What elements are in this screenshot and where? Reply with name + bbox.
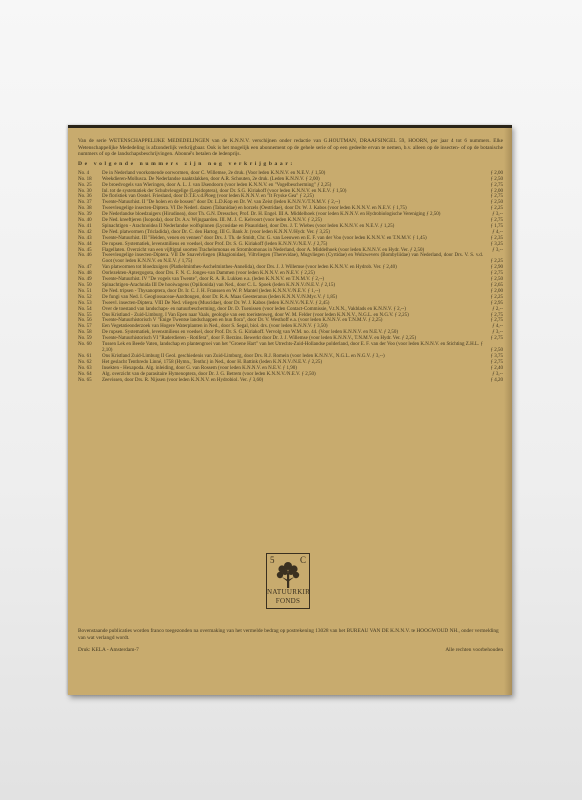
publication-list: No. 4De in Nederland voorkomende oorworm… (78, 171, 503, 384)
tree-icon (275, 560, 301, 588)
printer-credit: Druk: KELA - Amsterdam-7 (78, 647, 139, 654)
cover-text-block: Van de serie WETENSCHAPPELIJKE MEDEDELIN… (78, 138, 503, 383)
intro-paragraph: Van de serie WETENSCHAPPELIJKE MEDEDELIN… (78, 138, 503, 158)
natuurfonds-logo: 5 C NATUURKIR FONDS (266, 553, 310, 609)
entry-title: Tweevleugelige insecten-Diptera. VII De … (102, 253, 487, 265)
entry-number: No. 46 (78, 253, 102, 265)
entry-title: Zeevissen, door Drs. R. Nijssen (voor le… (102, 378, 487, 384)
booklet-back-cover: Van de serie WETENSCHAPPELIJKE MEDEDELIN… (68, 125, 512, 695)
logo-text-line2: FONDS (267, 597, 309, 605)
list-heading: De volgende nummers zijn nog verkrijgbaa… (78, 161, 503, 167)
publication-entry: No. 46Tweevleugelige insecten-Diptera. V… (78, 253, 503, 265)
publication-entry: No. 60Tussen Lek en Beede Vaten, landsch… (78, 342, 503, 354)
footer-block: Bovenstaande publicaties worden franco t… (78, 628, 503, 654)
rights-reserved: Alle rechten voorbehouden (445, 647, 503, 654)
entry-number: No. 60 (78, 342, 102, 354)
publication-entry: No. 65Zeevissen, door Drs. R. Nijssen (v… (78, 378, 503, 384)
logo-number: 5 (270, 555, 275, 565)
logo-text-line1: NATUURKIR (267, 588, 309, 596)
entry-number: No. 65 (78, 378, 102, 384)
entry-title: Tussen Lek en Beede Vaten, landschap en … (102, 342, 487, 354)
entry-price: ƒ 2,75 (487, 336, 503, 342)
entry-price: ƒ 4,20 (487, 378, 503, 384)
ordering-notice: Bovenstaande publicaties worden franco t… (78, 628, 503, 641)
entry-price: ƒ 3,-- (487, 248, 503, 254)
